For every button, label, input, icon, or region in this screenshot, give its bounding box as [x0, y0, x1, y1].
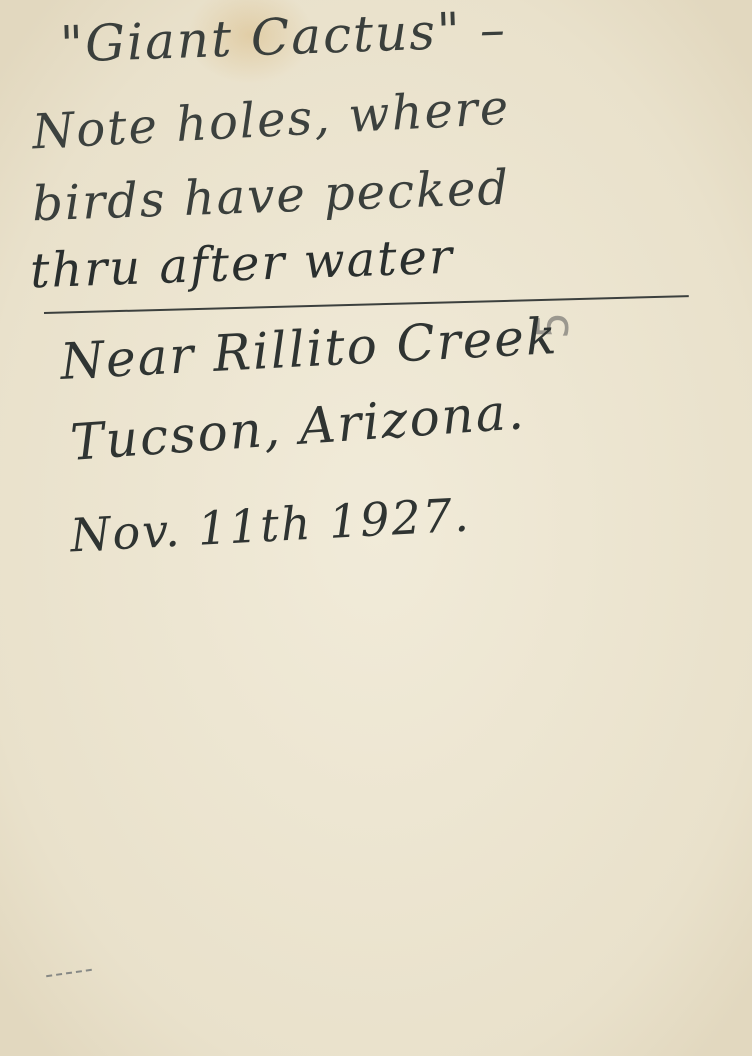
inscription-line: birds have pecked	[31, 160, 511, 233]
location-line: Near Rillito Creek	[59, 307, 560, 391]
location-line: Tucson, Arizona.	[69, 382, 528, 472]
inscription-title: "Giant Cactus" –	[59, 0, 508, 74]
handwritten-divider	[44, 295, 689, 314]
pencil-mark	[46, 969, 92, 977]
photo-card-back: "Giant Cactus" – Note holes, where birds…	[0, 0, 752, 1056]
date-line: Nov. 11th 1927.	[69, 488, 472, 563]
inscription-line: Note holes, where	[31, 80, 512, 161]
inscription-line: thru after water	[29, 229, 455, 300]
